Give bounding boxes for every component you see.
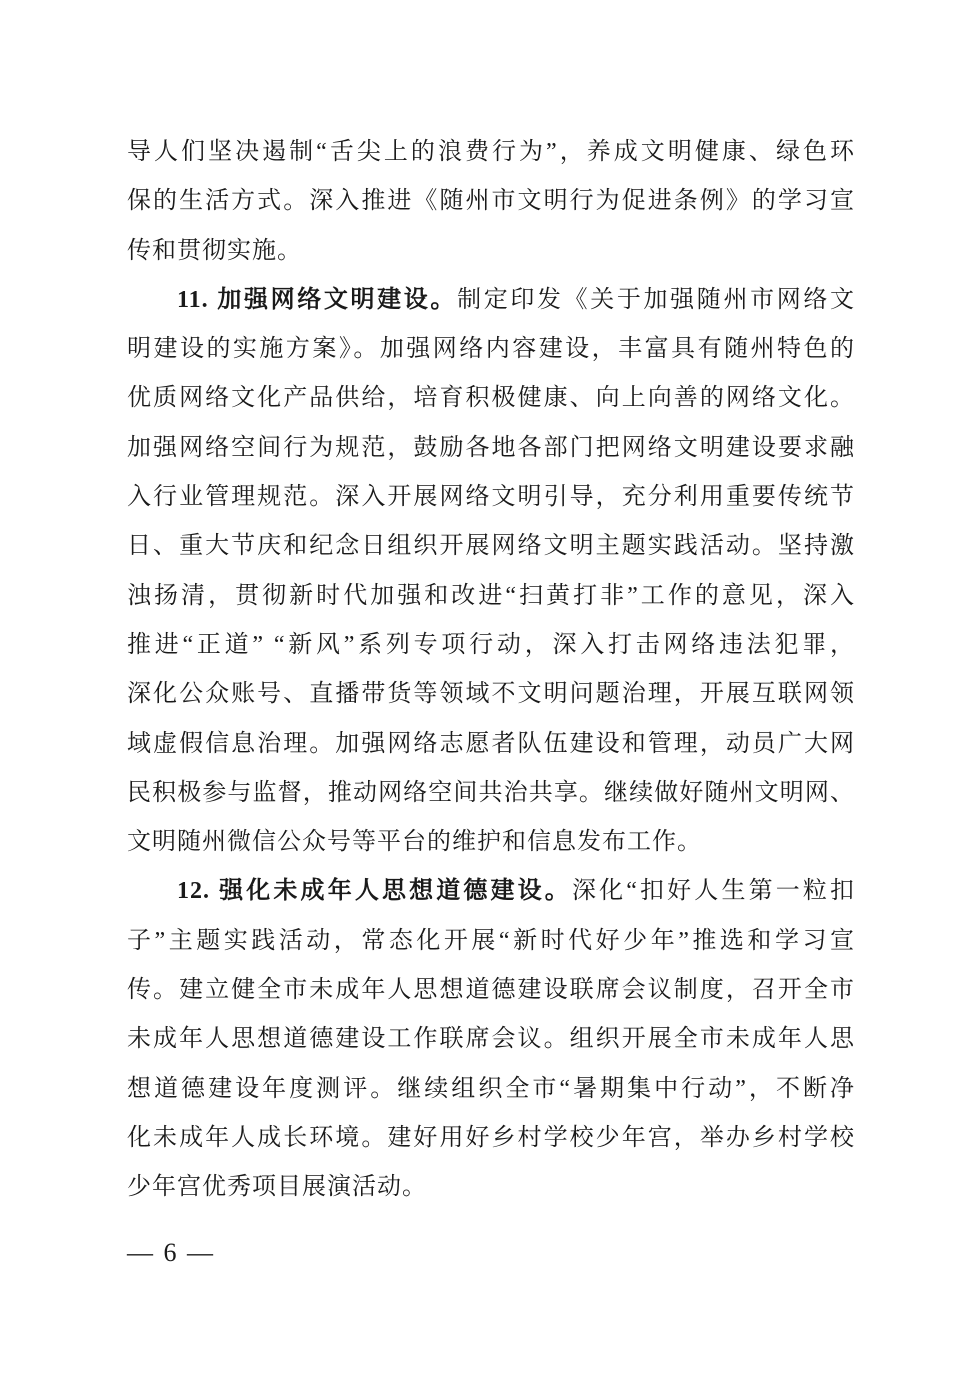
text-line: 优质网络文化产品供给，培育积极健康、向上向善的网络文化。 (127, 374, 855, 423)
document-page: 导人们坚决遏制“舌尖上的浪费行为”，养成文明健康、绿色环保的生活方式。深入推进《… (0, 0, 980, 1386)
text-line: 未成年人思想道德建设工作联席会议。组织开展全市未成年人思 (127, 1015, 855, 1064)
paragraph-text: 推进“正道” “新风”系列专项行动，深入打击网络违法犯罪， (127, 632, 855, 658)
paragraph-text: 传。建立健全市未成年人思想道德建设联席会议制度，召开全市 (127, 977, 855, 1003)
paragraph-heading: 11. 加强网络文明建设。 (177, 287, 457, 313)
text-line: 想道德建设年度测评。继续组织全市“暑期集中行动”，不断净 (127, 1065, 855, 1114)
paragraph-text: 文明随州微信公众号等平台的维护和信息发布工作。 (127, 829, 702, 855)
paragraph-text: 想道德建设年度测评。继续组织全市“暑期集中行动”，不断净 (127, 1076, 855, 1102)
text-line: 传。建立健全市未成年人思想道德建设联席会议制度，召开全市 (127, 966, 855, 1015)
paragraph-text: 浊扬清，贯彻新时代加强和改进“扫黄打非”工作的意见，深入 (127, 583, 855, 609)
text-line: 少年宫优秀项目展演活动。 (127, 1163, 855, 1212)
text-line: 加强网络空间行为规范，鼓励各地各部门把网络文明建设要求融 (127, 424, 855, 473)
paragraph-text: 加强网络空间行为规范，鼓励各地各部门把网络文明建设要求融 (127, 435, 855, 461)
text-line: 入行业管理规范。深入开展网络文明引导，充分利用重要传统节 (127, 473, 855, 522)
text-line: 11. 加强网络文明建设。制定印发《关于加强随州市网络文 (127, 276, 855, 325)
text-line: 子”主题实践活动，常态化开展“新时代好少年”推选和学习宣 (127, 917, 855, 966)
text-line: 化未成年人成长环境。建好用好乡村学校少年宫，举办乡村学校 (127, 1114, 855, 1163)
paragraph-text: 明建设的实施方案》。加强网络内容建设，丰富具有随州特色的 (127, 336, 855, 362)
paragraph-text: 保的生活方式。深入推进《随州市文明行为促进条例》的学习宣 (127, 188, 855, 214)
paragraph-text: 深化“扣好人生第一粒扣 (572, 878, 855, 904)
paragraph-text: 日、重大节庆和纪念日组织开展网络文明主题实践活动。坚持激 (127, 533, 855, 559)
paragraph-text: 民积极参与监督，推动网络空间共治共享。继续做好随州文明网、 (127, 780, 855, 806)
paragraph-text: 优质网络文化产品供给，培育积极健康、向上向善的网络文化。 (127, 385, 855, 411)
text-line: 日、重大节庆和纪念日组织开展网络文明主题实践活动。坚持激 (127, 522, 855, 571)
page-number: — 6 — (127, 1228, 215, 1278)
paragraph-text: 传和贯彻实施。 (127, 238, 302, 264)
text-line: 传和贯彻实施。 (127, 227, 855, 276)
paragraph-text: 化未成年人成长环境。建好用好乡村学校少年宫，举办乡村学校 (127, 1125, 855, 1151)
paragraph-text: 少年宫优秀项目展演活动。 (127, 1174, 427, 1200)
text-line: 文明随州微信公众号等平台的维护和信息发布工作。 (127, 818, 855, 867)
text-line: 浊扬清，贯彻新时代加强和改进“扫黄打非”工作的意见，深入 (127, 572, 855, 621)
paragraph-text: 未成年人思想道德建设工作联席会议。组织开展全市未成年人思 (127, 1026, 855, 1052)
document-body: 导人们坚决遏制“舌尖上的浪费行为”，养成文明健康、绿色环保的生活方式。深入推进《… (127, 128, 855, 1213)
text-line: 深化公众账号、直播带货等领域不文明问题治理，开展互联网领 (127, 670, 855, 719)
paragraph-text: 入行业管理规范。深入开展网络文明引导，充分利用重要传统节 (127, 484, 855, 510)
text-line: 推进“正道” “新风”系列专项行动，深入打击网络违法犯罪， (127, 621, 855, 670)
paragraph-text: 域虚假信息治理。加强网络志愿者队伍建设和管理，动员广大网 (127, 731, 855, 757)
text-line: 导人们坚决遏制“舌尖上的浪费行为”，养成文明健康、绿色环 (127, 128, 855, 177)
paragraph-heading: 12. 强化未成年人思想道德建设。 (177, 878, 572, 904)
paragraph-text: 深化公众账号、直播带货等领域不文明问题治理，开展互联网领 (127, 681, 855, 707)
text-line: 域虚假信息治理。加强网络志愿者队伍建设和管理，动员广大网 (127, 720, 855, 769)
text-line: 民积极参与监督，推动网络空间共治共享。继续做好随州文明网、 (127, 769, 855, 818)
paragraph-text: 导人们坚决遏制“舌尖上的浪费行为”，养成文明健康、绿色环 (127, 139, 855, 165)
text-line: 明建设的实施方案》。加强网络内容建设，丰富具有随州特色的 (127, 325, 855, 374)
text-line: 保的生活方式。深入推进《随州市文明行为促进条例》的学习宣 (127, 177, 855, 226)
paragraph-text: 制定印发《关于加强随州市网络文 (457, 287, 855, 313)
text-line: 12. 强化未成年人思想道德建设。深化“扣好人生第一粒扣 (127, 867, 855, 916)
paragraph-text: 子”主题实践活动，常态化开展“新时代好少年”推选和学习宣 (127, 928, 855, 954)
